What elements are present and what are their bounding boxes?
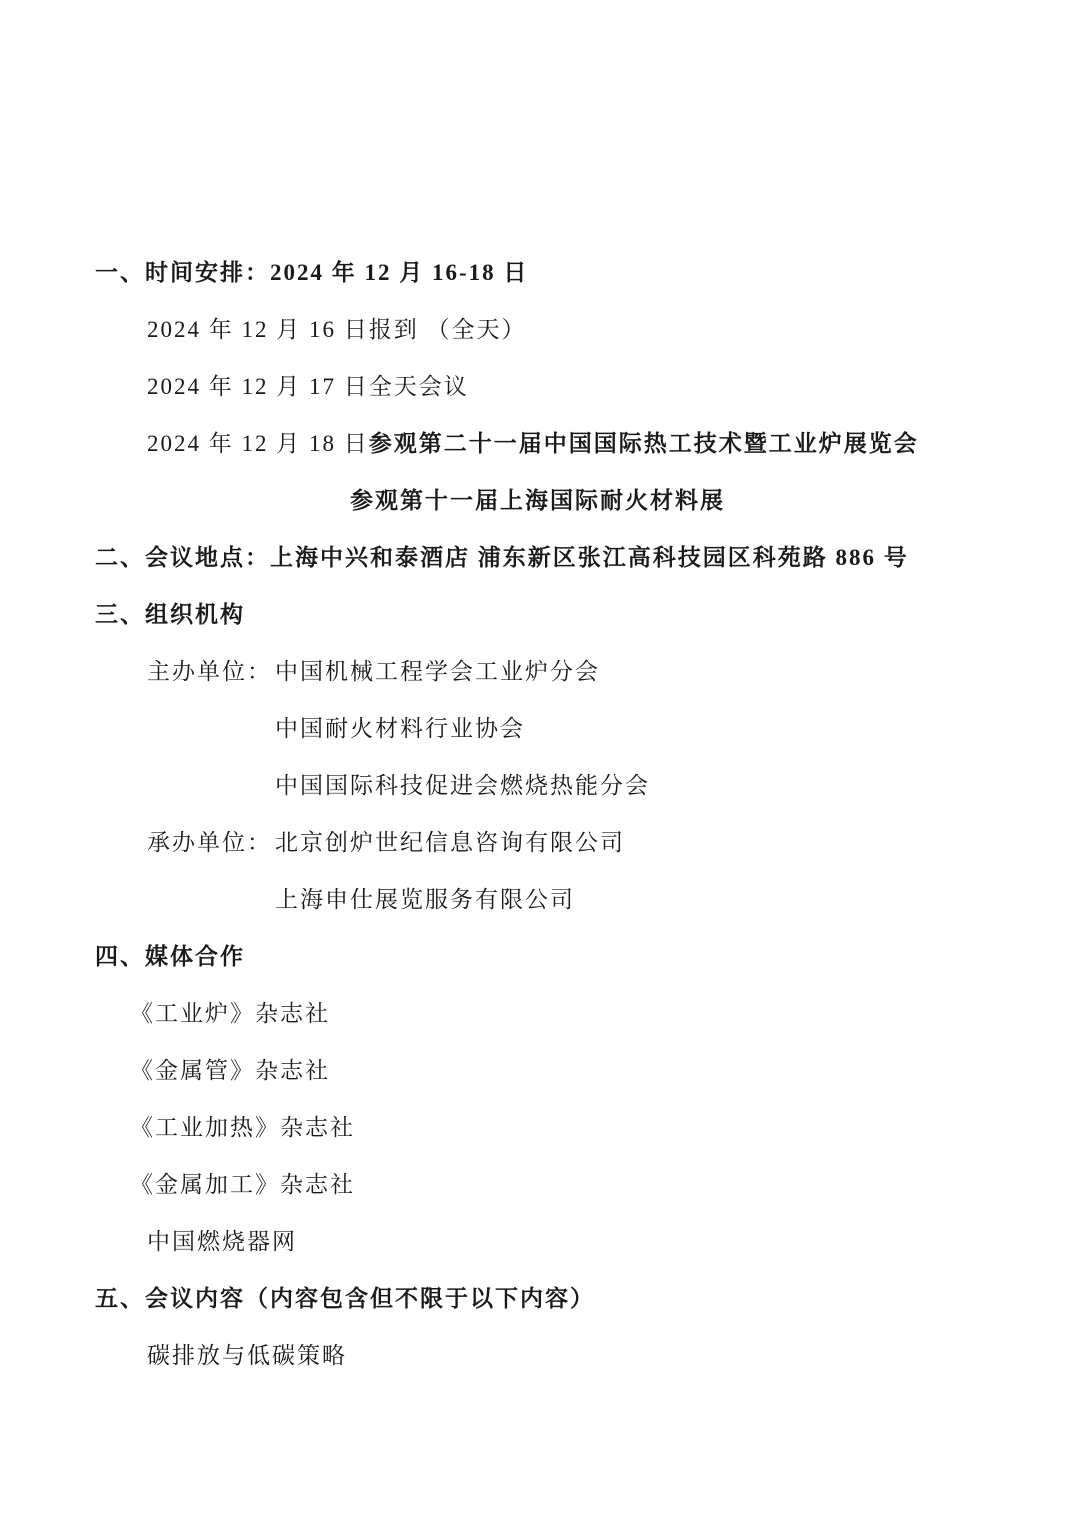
schedule-visit-refractory-expo: 参观第十一届上海国际耐火材料展 <box>95 472 1020 529</box>
topic-item-1: 碳排放与低碳策略 <box>95 1327 1020 1384</box>
document-body: 一、时间安排：2024 年 12 月 16-18 日 2024 年 12 月 1… <box>95 244 1020 1384</box>
schedule-day17: 2024 年 12 月 17 日全天会议 <box>95 358 1020 415</box>
schedule-day18: 2024 年 12 月 18 日参观第二十一届中国国际热工技术暨工业炉展览会 <box>95 415 1020 472</box>
host-line-1: 主办单位：中国机械工程学会工业炉分会 <box>95 643 1020 700</box>
section4-heading: 四、媒体合作 <box>95 928 1020 985</box>
section2-heading: 二、会议地点：上海中兴和泰酒店 浦东新区张江高科技园区科苑路 886 号 <box>95 529 1020 586</box>
organizer-line-2: 上海申仕展览服务有限公司 <box>95 871 1020 928</box>
media-item-3: 《工业加热》杂志社 <box>95 1099 1020 1156</box>
host-name-3: 中国国际科技促进会燃烧热能分会 <box>275 773 650 798</box>
organizer-name-2: 上海申仕展览服务有限公司 <box>275 887 575 912</box>
host-line-3: 中国国际科技促进会燃烧热能分会 <box>95 757 1020 814</box>
section3-heading: 三、组织机构 <box>95 586 1020 643</box>
host-name-1: 中国机械工程学会工业炉分会 <box>275 659 600 684</box>
media-item-2: 《金属管》杂志社 <box>95 1042 1020 1099</box>
schedule-day16: 2024 年 12 月 16 日报到 （全天） <box>95 301 1020 358</box>
section1-heading: 一、时间安排：2024 年 12 月 16-18 日 <box>95 244 1020 301</box>
schedule-day18-date: 2024 年 12 月 18 日 <box>147 431 369 456</box>
organizer-line-1: 承办单位：北京创炉世纪信息咨询有限公司 <box>95 814 1020 871</box>
organizer-name-1: 北京创炉世纪信息咨询有限公司 <box>275 830 625 855</box>
media-item-4: 《金属加工》杂志社 <box>95 1156 1020 1213</box>
document-page: 一、时间安排：2024 年 12 月 16-18 日 2024 年 12 月 1… <box>0 0 1080 1527</box>
host-line-2: 中国耐火材料行业协会 <box>95 700 1020 757</box>
host-label: 主办单位： <box>147 643 275 700</box>
media-item-1: 《工业炉》杂志社 <box>95 985 1020 1042</box>
host-name-2: 中国耐火材料行业协会 <box>275 716 525 741</box>
organizer-label: 承办单位： <box>147 814 275 871</box>
schedule-day18-event: 参观第二十一届中国国际热工技术暨工业炉展览会 <box>369 431 919 456</box>
section5-heading: 五、会议内容（内容包含但不限于以下内容） <box>95 1270 1020 1327</box>
media-item-5: 中国燃烧器网 <box>95 1213 1020 1270</box>
